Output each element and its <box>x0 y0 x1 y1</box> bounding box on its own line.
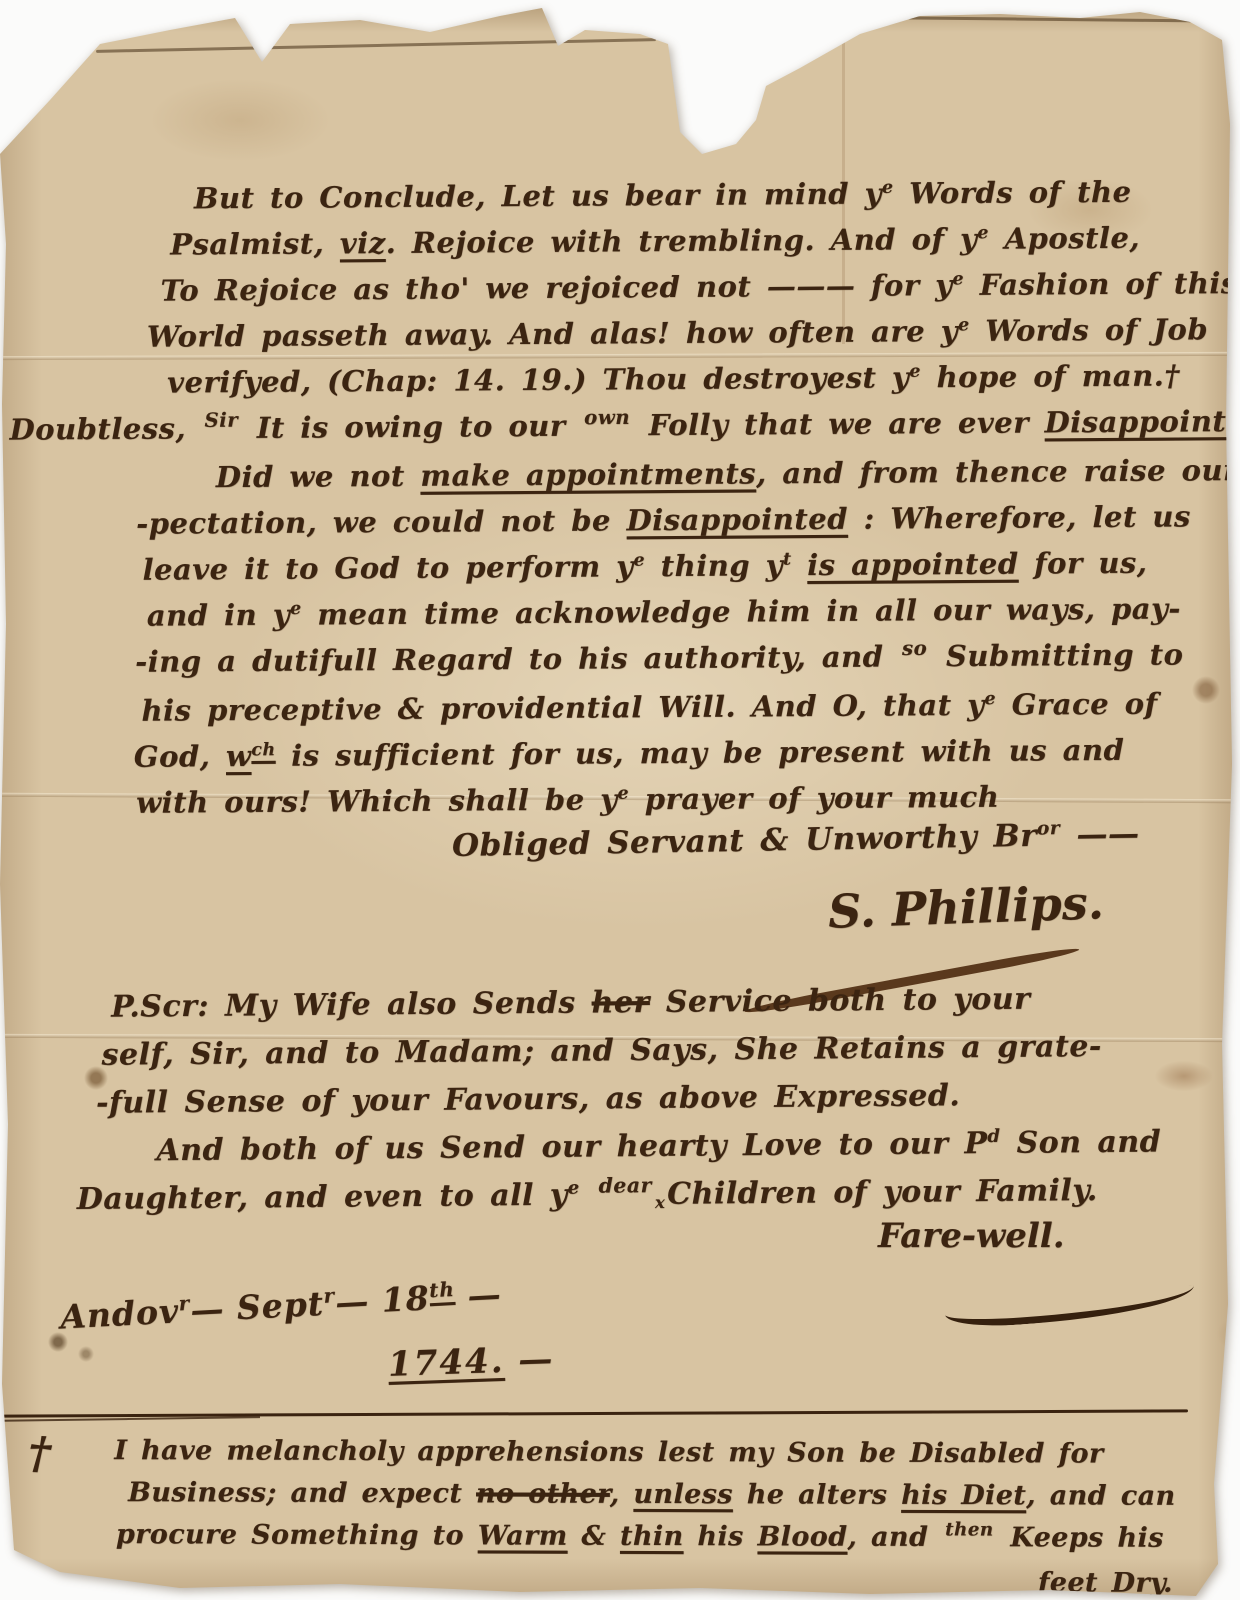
text-segment: Service both to your <box>650 982 1031 1020</box>
text-segment: e <box>909 362 921 382</box>
text-segment: Words of the <box>893 175 1131 211</box>
postscript-line: self, Sir, and to Madam; and Says, She R… <box>101 1022 1189 1079</box>
text-segment: Folly that we are ever <box>633 405 1045 442</box>
text-segment: his <box>684 1521 758 1552</box>
letter-line: verifyed, (Chap: 14. 19.) Thou destroyes… <box>167 352 1174 405</box>
text-segment: with ours! Which shall be y <box>136 782 618 819</box>
text-segment <box>580 1177 596 1212</box>
text-segment: God, <box>134 739 226 774</box>
text-segment: e <box>952 269 964 289</box>
letter-line: But to Conclude, Let us bear in mind ye … <box>194 168 1173 221</box>
text-segment: e <box>568 1178 580 1199</box>
text-segment: viz <box>340 226 386 260</box>
text-segment: he alters <box>733 1479 901 1511</box>
text-segment: no other <box>476 1478 610 1509</box>
text-segment: Sir <box>201 397 241 443</box>
letter-line: leave it to God to perform ye thing yt i… <box>142 539 1175 592</box>
text-segment: then <box>942 1509 997 1551</box>
text-segment: hope of man.† <box>921 358 1180 394</box>
text-segment: her <box>591 985 650 1021</box>
text-segment: , and from thence raise our Ex- <box>756 453 1240 491</box>
letter-line: World passeth away. And alas! how often … <box>147 306 1174 359</box>
closing-line: Obliged Servant & Unworthy Bror —— <box>452 816 1140 864</box>
text-segment: & <box>568 1521 620 1552</box>
text-segment: Words of Job <box>970 312 1209 348</box>
text-segment: — Sept <box>189 1284 324 1330</box>
text-segment: or <box>1037 818 1061 839</box>
text-segment: feet Dry <box>1038 1567 1163 1598</box>
text-segment: Keeps his <box>996 1522 1163 1554</box>
torn-edge-crease-left <box>96 38 656 53</box>
farewell-flourish-underline <box>944 1285 1195 1329</box>
dateline-year: 1744. — <box>387 1339 555 1385</box>
text-segment: procure Something to <box>116 1519 478 1551</box>
text-segment: Andov <box>59 1291 180 1336</box>
dateline-place-date: Andovr— Septr— 18th — <box>59 1274 502 1336</box>
text-segment: — 18 <box>334 1278 430 1322</box>
text-segment: Disappointed <box>626 502 848 538</box>
letter-line: Psalmist, viz. Rejoice with trembling. A… <box>170 214 1173 267</box>
text-segment: . Rejoice with trembling. And of y <box>386 222 978 260</box>
text-segment: —— <box>1060 816 1140 853</box>
text-segment: -full Sense of your Favours, as above Ex… <box>96 1078 961 1121</box>
letter-line: To Rejoice as tho' we rejoiced not ——— f… <box>160 260 1173 313</box>
text-segment: e <box>977 223 989 243</box>
text-segment: d <box>987 1126 1000 1147</box>
footnote-line: Business; and expect no other, unless he… <box>128 1472 1220 1518</box>
letter-line: -ing a dutifull Regard to his authority,… <box>135 631 1176 687</box>
text-segment: Blood <box>757 1521 847 1552</box>
footnote-dagger-mark: † <box>27 1427 53 1479</box>
text-segment: prayer of your much <box>629 780 999 817</box>
text-segment: But to Conclude, Let us bear in mind y <box>194 177 882 216</box>
letter-line: Doubtless, Sir It is owing to our own Fo… <box>9 398 1174 455</box>
text-segment: Fashion of this <box>964 266 1238 302</box>
text-segment: for us, <box>1018 546 1147 581</box>
text-segment: so <box>899 625 931 671</box>
text-segment: self, Sir, and to Madam; and Says, She R… <box>101 1029 1102 1073</box>
text-segment: , and can <box>1026 1480 1175 1512</box>
text-segment: his Diet <box>901 1480 1026 1511</box>
text-segment: mean time acknowledge him in all our way… <box>302 591 1181 631</box>
text-segment: Doubtless, <box>9 411 201 446</box>
letter-paper: But to Conclude, Let us bear in mind ye … <box>0 4 1236 1600</box>
torn-edge-crease-right <box>900 16 1225 22</box>
footnote-line: I have melancholy apprehensions lest my … <box>114 1430 1220 1476</box>
text-segment <box>791 548 807 582</box>
text-segment: Disappointed <box>1044 404 1240 440</box>
text-segment: his preceptive & providential Will. And … <box>141 688 984 728</box>
text-segment: Daughter, and even to all y <box>77 1178 568 1217</box>
text-segment: thing y <box>645 548 783 583</box>
text-segment: P.Scr: My Wife also Sends <box>111 985 592 1024</box>
text-segment: Psalmist, <box>170 226 340 261</box>
text-segment: To Rejoice as tho' we rejoiced not ——— f… <box>160 268 952 308</box>
text-segment: e <box>958 315 970 335</box>
text-segment: Grace of <box>996 687 1158 722</box>
text-segment: Business; and expect <box>128 1477 476 1509</box>
text-segment: -pectation, we could not be <box>136 503 627 540</box>
text-segment: -ing a dutifull Regard to his authority,… <box>135 639 899 678</box>
letter-line: and in ye mean time acknowledge him in a… <box>147 585 1176 638</box>
footnote-line: procure Something to Warm & thin his Blo… <box>116 1514 1220 1563</box>
text-segment: e <box>984 689 996 709</box>
text-segment: th <box>429 1277 456 1302</box>
text-segment: x <box>655 1179 668 1227</box>
text-segment: Submitting to <box>930 637 1183 673</box>
scanned-letter: But to Conclude, Let us bear in mind ye … <box>0 0 1240 1600</box>
text-segment: — <box>454 1274 502 1315</box>
letter-line: God, wch is sufficient for us, may be pr… <box>134 726 1177 779</box>
letter-line: his preceptive & providential Will. And … <box>141 680 1176 733</box>
text-segment: w <box>226 739 252 773</box>
text-segment: is sufficient for us, may be present wit… <box>275 733 1124 773</box>
text-segment: And both of us Send our hearty Love to o… <box>156 1126 987 1168</box>
letter-line: -pectation, we could not be Disappointed… <box>136 493 1175 546</box>
text-segment: e <box>882 178 894 198</box>
text-segment: : Wherefore, let us <box>848 499 1191 535</box>
text-segment: verifyed, (Chap: 14. 19.) Thou destroyes… <box>167 360 909 399</box>
footnote: I have melancholy apprehensions lest my … <box>100 1430 1221 1600</box>
postscript: P.Scr: My Wife also Sends her Service bo… <box>99 974 1191 1228</box>
letter-body: But to Conclude, Let us bear in mind ye … <box>168 168 1178 825</box>
text-segment: 1744. <box>387 1341 505 1385</box>
text-segment: leave it to God to perform y <box>142 549 633 586</box>
text-segment: Did we not <box>216 459 421 494</box>
text-segment: is appointed <box>807 547 1019 582</box>
text-segment: and in y <box>147 598 291 633</box>
text-segment: Obliged Servant & Unworthy Br <box>452 818 1038 864</box>
text-segment: thin <box>620 1521 684 1552</box>
text-segment: — <box>504 1339 555 1381</box>
text-segment: Apostle, <box>989 221 1140 256</box>
text-segment: , and <box>847 1522 942 1553</box>
text-segment: unless <box>633 1479 733 1510</box>
text-segment: e <box>617 784 629 804</box>
text-segment: . <box>1163 1568 1173 1599</box>
text-segment: I have melancholy apprehensions lest my … <box>114 1435 1103 1469</box>
farewell: Fare-well. <box>878 1216 1065 1256</box>
text-segment: World passeth away. And alas! how often … <box>147 314 958 354</box>
text-segment: Son and <box>1000 1124 1161 1160</box>
text-segment: dear <box>595 1161 655 1210</box>
text-segment: t <box>783 550 792 570</box>
footnote-line: feet Dry. <box>1038 1562 1220 1600</box>
letter-line: Did we not make appointments, and from t… <box>216 447 1175 500</box>
text-segment: e <box>290 599 302 619</box>
text-segment: e <box>633 551 645 571</box>
text-segment: Warm <box>478 1520 568 1551</box>
text-segment: , <box>610 1479 634 1510</box>
text-segment: Children of your Family. <box>667 1173 1098 1212</box>
text-segment: ch <box>251 740 275 760</box>
signature: S. Phillips. <box>827 875 1104 939</box>
text-segment: make appointments <box>420 456 756 492</box>
text-segment: own <box>581 394 633 440</box>
text-segment: It is owing to our <box>241 409 581 445</box>
